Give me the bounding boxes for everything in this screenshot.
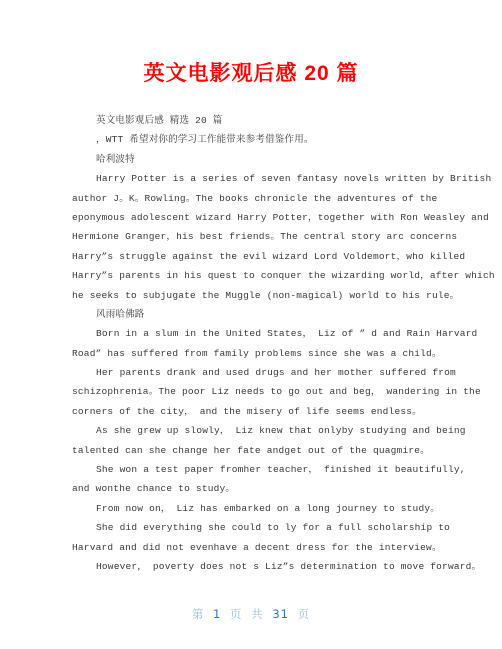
footer-label-ye2: 页 — [298, 607, 311, 621]
text-line: corners of the city， and the misery of l… — [72, 402, 472, 421]
text-line: author J。K。Rowling。The books chronicle t… — [72, 189, 472, 208]
text-line: ，WTT 希望对你的学习工作能带来参考借鉴作用。 — [72, 130, 472, 149]
text-line: She won a test paper fromher teacher， fi… — [72, 460, 472, 479]
text-line: Harvard and did not evenhave a decent dr… — [72, 538, 472, 557]
text-line: 英文电影观后感 精选 20 篇 — [72, 111, 472, 130]
document-page: 英文电影观后感 20 篇 英文电影观后感 精选 20 篇，WTT 希望对你的学习… — [0, 0, 502, 649]
text-line: From now on， Liz has embarked on a long … — [72, 499, 472, 518]
footer-label-gong: 共 — [251, 607, 264, 621]
footer-total-pages: 31 — [272, 607, 289, 621]
text-line: eponymous adolescent wizard Harry Potter… — [72, 208, 472, 227]
footer-label-di: 第 — [192, 607, 205, 621]
text-line: However， poverty does not s Liz”s determ… — [72, 557, 472, 576]
text-line: and wonthe chance to study。 — [72, 479, 472, 498]
text-line: talented can she change her fate andget … — [72, 441, 472, 460]
footer-label-ye1: 页 — [230, 607, 243, 621]
text-line: Harry”s parents in his quest to conquer … — [72, 266, 472, 285]
page-footer: 第 1 页 共 31 页 — [0, 606, 502, 622]
text-line: 风雨哈佛路 — [72, 305, 472, 324]
text-line: Her parents drank and used drugs and her… — [72, 363, 472, 382]
document-title: 英文电影观后感 20 篇 — [0, 57, 502, 87]
text-line: She did everything she could to ly for a… — [72, 518, 472, 537]
text-line: Road” has suffered from family problems … — [72, 344, 472, 363]
text-line: 哈利波特 — [72, 150, 472, 169]
text-line: Hermione Granger，his best friends。The ce… — [72, 227, 472, 246]
text-line: Harry Potter is a series of seven fantas… — [72, 169, 472, 188]
text-line: he seeks to subjugate the Muggle (non-ma… — [72, 286, 472, 305]
text-line: Born in a slum in the United States， Liz… — [72, 324, 472, 343]
text-line: As she grew up slowly， Liz knew that onl… — [72, 421, 472, 440]
document-body: 英文电影观后感 精选 20 篇，WTT 希望对你的学习工作能带来参考借鉴作用。哈… — [72, 111, 472, 576]
text-line: schizophrenia。The poor Liz needs to go o… — [72, 382, 472, 401]
text-line: Harry”s struggle against the evil wizard… — [72, 247, 472, 266]
footer-page-number: 1 — [213, 607, 221, 621]
